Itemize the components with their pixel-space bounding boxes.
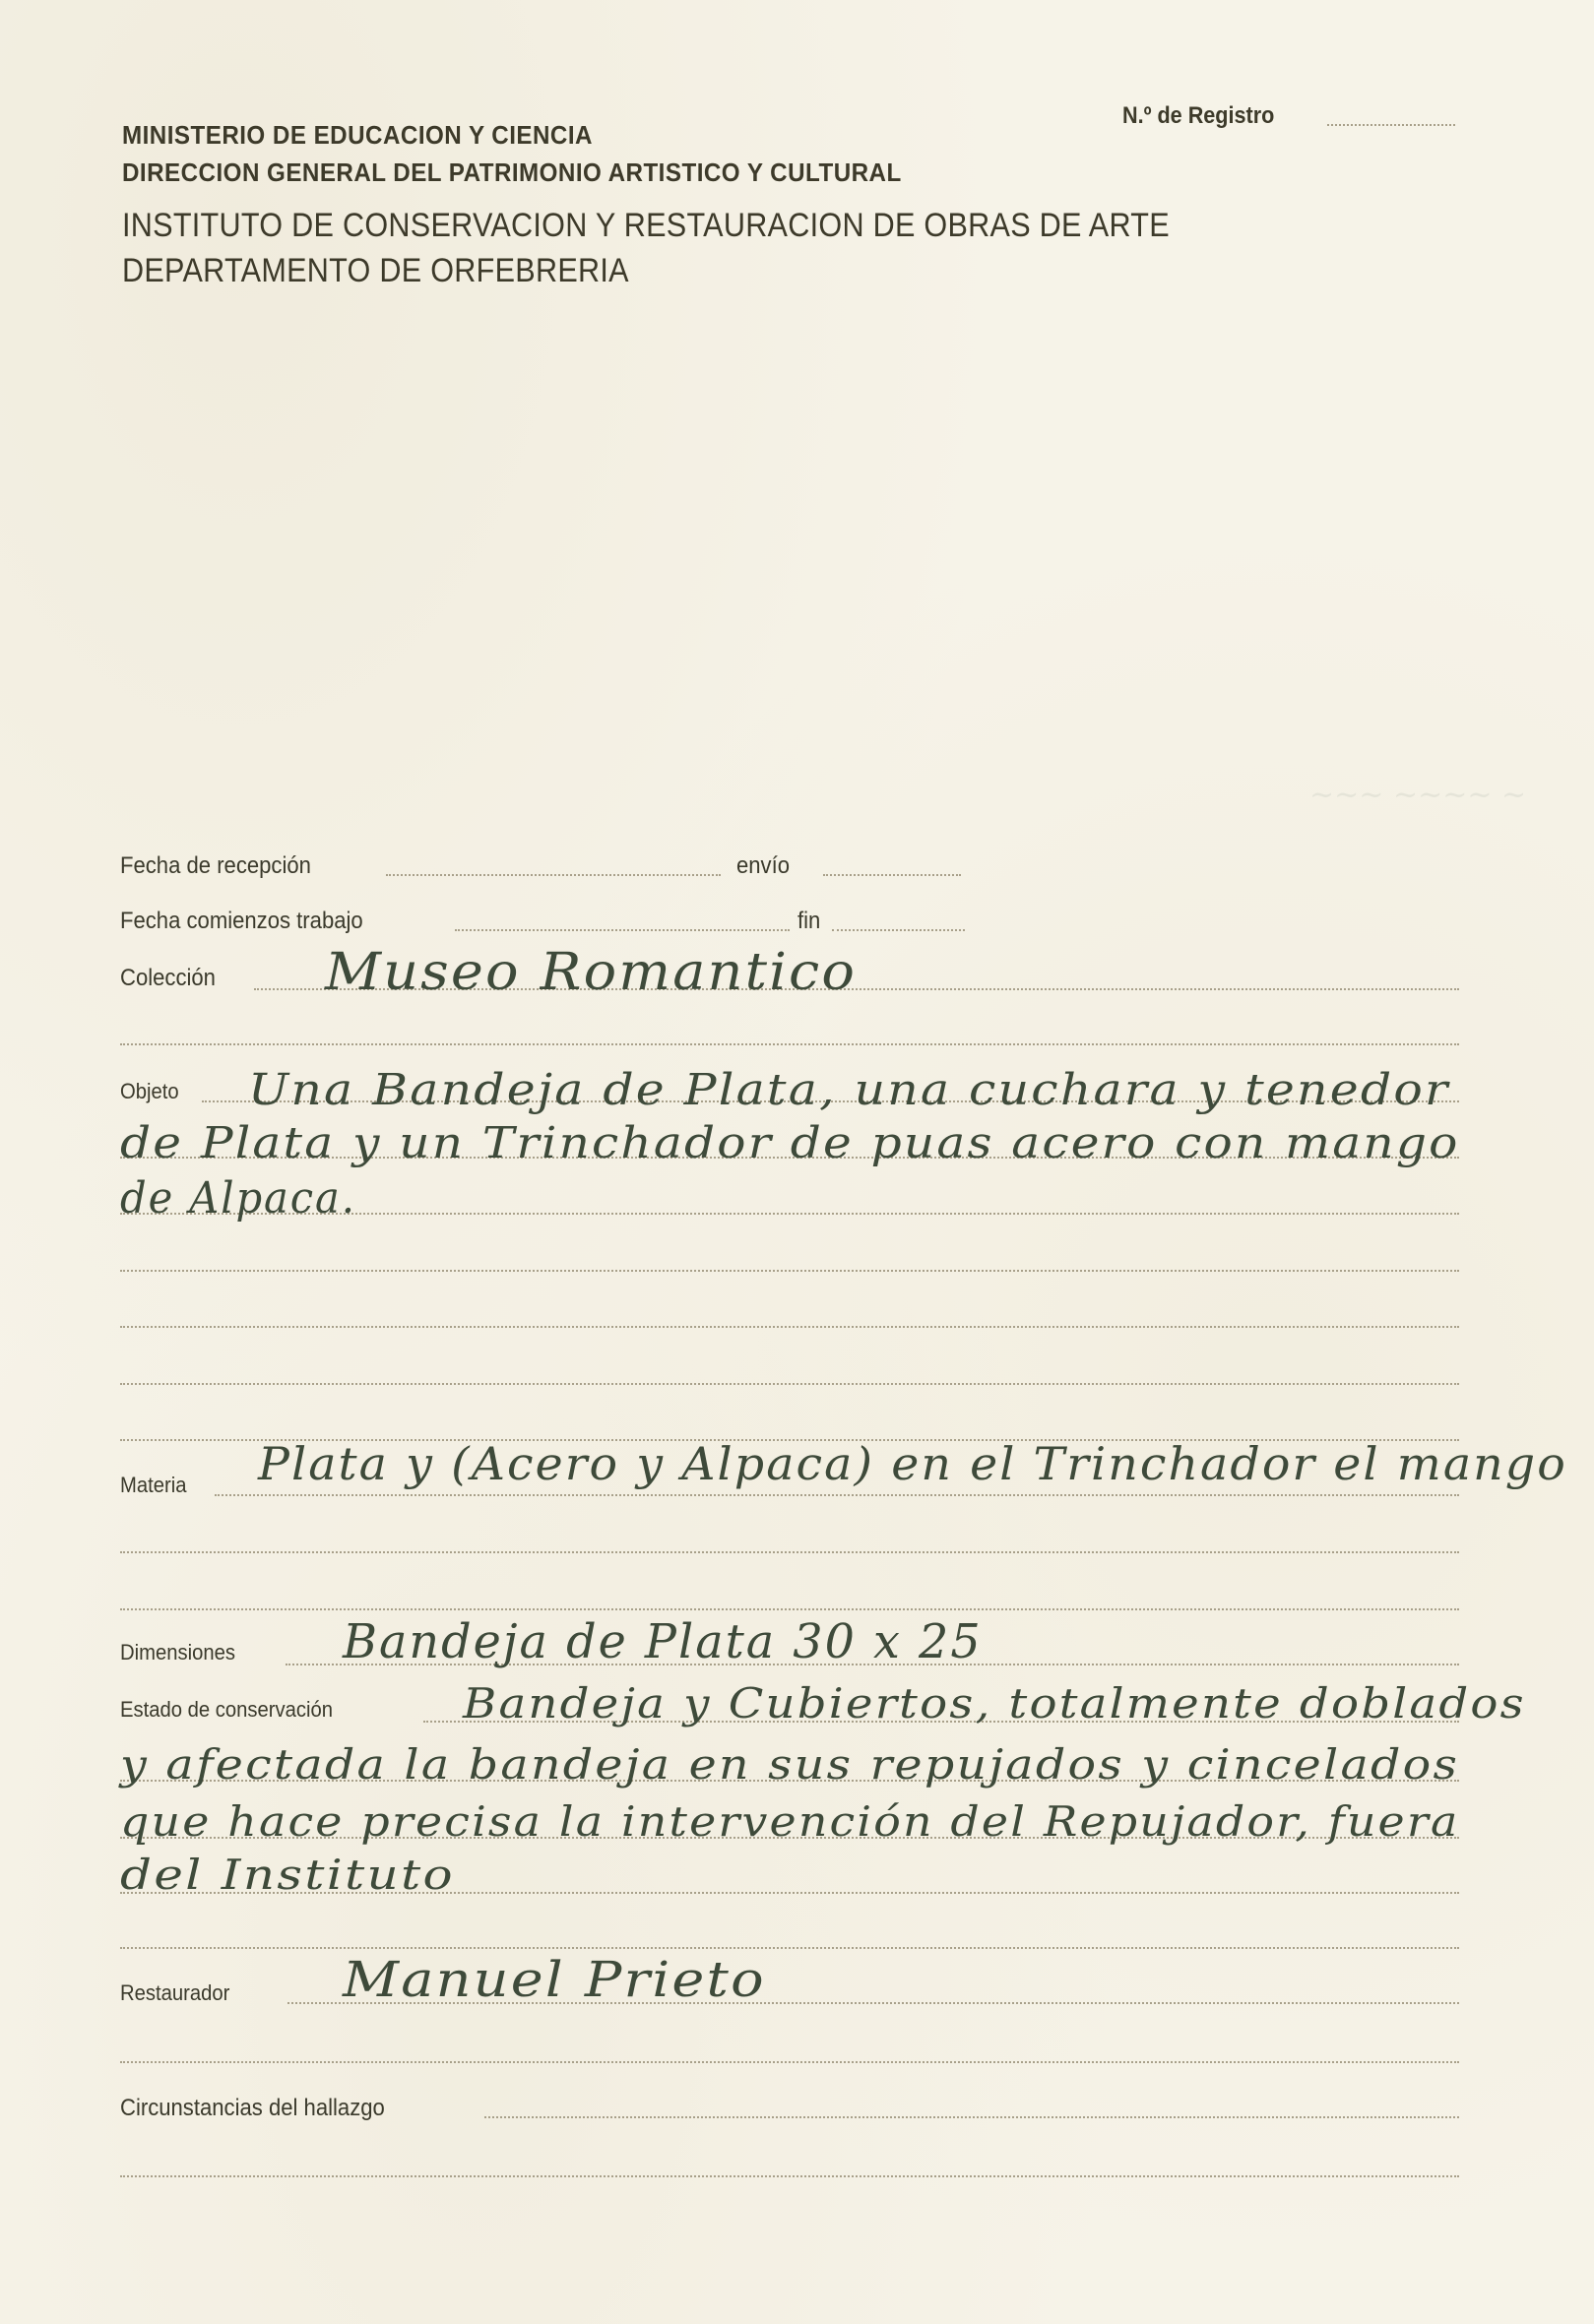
blank-line — [120, 1608, 1459, 1610]
materia-value: Plata y (Acero y Alpaca) en el Trinchado… — [258, 1437, 1567, 1490]
fecha-comienzos-field[interactable] — [455, 929, 790, 931]
blank-line — [120, 1043, 1459, 1045]
restaurador-value: Manuel Prieto — [343, 1951, 766, 2008]
materia-label: Materia — [120, 1473, 186, 1498]
registry-field[interactable] — [1327, 124, 1455, 126]
objeto-label: Objeto — [120, 1079, 179, 1104]
institute-title: INSTITUTO DE CONSERVACION Y RESTAURACION… — [122, 207, 1170, 245]
blank-line — [120, 1270, 1459, 1272]
blank-line — [120, 1947, 1459, 1949]
fin-field[interactable] — [832, 929, 965, 931]
dimensiones-value: Bandeja de Plata 30 x 25 — [343, 1614, 983, 1669]
restaurador-label: Restaurador — [120, 1980, 229, 2006]
blank-line — [120, 2175, 1459, 2177]
registry-label: N.º de Registro — [1122, 102, 1274, 130]
envio-label: envío — [736, 852, 790, 880]
fecha-recepcion-label: Fecha de recepción — [120, 852, 311, 880]
blank-line — [120, 1326, 1459, 1328]
dimensiones-label: Dimensiones — [120, 1640, 235, 1665]
coleccion-label: Colección — [120, 965, 216, 992]
coleccion-value: Museo Romantico — [325, 943, 857, 1002]
objeto-line-3: de Alpaca. — [120, 1173, 356, 1224]
estado-line-2: y afectada la bandeja en sus repujados y… — [120, 1740, 1459, 1789]
fecha-comienzos-label: Fecha comienzos trabajo — [120, 908, 363, 935]
blank-line — [120, 2061, 1459, 2063]
circunstancias-label: Circunstancias del hallazgo — [120, 2095, 385, 2122]
circunstancias-field[interactable] — [484, 2116, 1459, 2118]
objeto-line-1: Una Bandeja de Plata, una cuchara y tene… — [248, 1065, 1450, 1115]
envio-field[interactable] — [823, 874, 961, 876]
estado-line-1: Bandeja y Cubiertos, totalmente doblados — [463, 1679, 1526, 1727]
bleed-through-text: ~~~ ~~~~ ~ — [1309, 778, 1526, 812]
materia-field[interactable] — [215, 1494, 1459, 1496]
blank-line — [120, 1551, 1459, 1553]
fecha-recepcion-field[interactable] — [386, 874, 721, 876]
blank-line — [120, 1383, 1459, 1385]
estado-line-4: del Instituto — [120, 1851, 455, 1899]
ministry-title: MINISTERIO DE EDUCACION Y CIENCIA — [122, 120, 593, 151]
estado-line-3: que hace precisa la intervención del Rep… — [120, 1797, 1459, 1846]
department-title: DEPARTAMENTO DE ORFEBRERIA — [122, 252, 629, 290]
directorate-title: DIRECCION GENERAL DEL PATRIMONIO ARTISTI… — [122, 157, 902, 188]
objeto-line-2: de Plata y un Trinchador de puas acero c… — [120, 1118, 1460, 1168]
estado-label: Estado de conservación — [120, 1697, 333, 1723]
fin-label: fin — [797, 908, 820, 935]
